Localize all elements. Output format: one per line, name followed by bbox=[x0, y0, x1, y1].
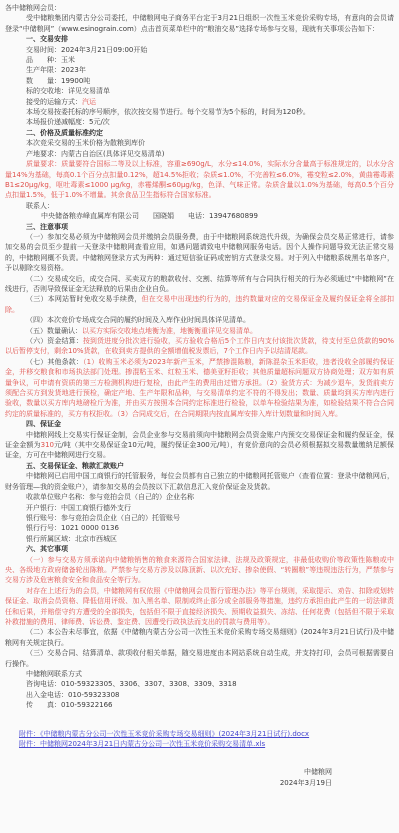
text-segment: 银行所属区域：北京市西城区 bbox=[26, 535, 117, 543]
paragraph: 品 种：玉米 bbox=[5, 55, 394, 65]
text-segment: 五、交易保证金、粮款汇款账户 bbox=[26, 462, 124, 470]
paragraph: 中储粮网联系方式 bbox=[5, 669, 394, 679]
text-segment: 银行账号：参与竞拍会员企业（自己的）托管账号 bbox=[26, 514, 180, 522]
paragraph: 数 量：19900吨 bbox=[5, 76, 394, 86]
paragraph: 质量要求：质量要符合国标二等及以上标准，容重≥690g/L，水分≤14.0%，实… bbox=[5, 159, 394, 201]
paragraph: （一）参与交易方须承诺向中储粮销售的粮食来源符合国家法律、法规及政策规定，非最低… bbox=[5, 555, 394, 586]
text-segment: 数 量：19900吨 bbox=[26, 77, 90, 85]
attachments: 附件：《中储粮内蒙古分公司一次性玉米竞价采购专场交易细则》(2024年3月21日… bbox=[5, 729, 394, 750]
paragraph: （二）交易成交后，成交合同、买卖双方的粮款收付、交割、结算等所有与合同执行相关的… bbox=[5, 274, 394, 295]
text-segment: 二、价格及质量标准约定 bbox=[26, 129, 103, 137]
paragraph: 产地要求：内蒙古自治区(具体详见交易清单) bbox=[5, 149, 394, 159]
text-segment: （一）参与交易方须承诺向中储粮销售的粮食来源符合国家法律、法规及政策规定，非最低… bbox=[5, 556, 394, 585]
text-segment: 各中储粮网会员： bbox=[5, 4, 61, 12]
text-segment: 收款单位账户名称：参与竞拍会员（自己的）企业名称 bbox=[26, 493, 194, 501]
text-segment: 以买方实际交收地点地衡为准，地衡衡重详见交易清单。 bbox=[82, 327, 257, 335]
paragraph: 银行账号：参与竞拍会员企业（自己的）托管账号 bbox=[5, 513, 394, 523]
paragraph: 本场交易按委托标的序号顺序，依次按交易节进行。每个交易节为5个标的，时间为120… bbox=[5, 107, 394, 117]
paragraph: （二）本公告未尽事宜，依据《中储粮内蒙古分公司一次性玉米竞价采购专场交易细则》(… bbox=[5, 627, 394, 648]
paragraph: 对存在上述行为的会员，中储粮网有权依照《中储粮网会员暂行管理办法》等平台规则，采… bbox=[5, 586, 394, 628]
text-segment: 接受的运输方式： bbox=[26, 98, 82, 106]
text-segment: 元/吨（其中交易保证金10元/吨，履约保证金300元/吨），有竞价意向的会员必须… bbox=[5, 441, 394, 459]
text-segment: （四）本次竞价专场成交合同的履约时间及入库作业时间具体详见清单。 bbox=[26, 316, 250, 324]
text-segment: 咨询电话：010-59323305、3306、3307、3308、3309、33… bbox=[26, 680, 237, 688]
announcement-document: 各中储粮网会员：受中储粮集团内蒙古分公司委托，中储粮网电子商务平台定于3月21日… bbox=[0, 0, 399, 788]
paragraph: 本次竞采交易的玉米价格为散粮到库价 bbox=[5, 138, 394, 148]
paragraph: 银行行号：1021 0000 0136 bbox=[5, 523, 394, 533]
attachment-row: 附件：中储粮网2024年3月21日内蒙古分公司一次性玉米竞价采购交易清单.xls bbox=[19, 739, 394, 749]
text-segment: 交易时间：2024年3月21日09:00开始 bbox=[26, 46, 147, 54]
text-segment: 标的交收地：详见交易清单 bbox=[26, 87, 110, 95]
paragraph: 银行所属区域：北京市西城区 bbox=[5, 534, 394, 544]
signature-org: 中储粮网 bbox=[5, 767, 332, 777]
text-segment: 品 种：玉米 bbox=[26, 56, 75, 64]
paragraph: 接受的运输方式：汽运 bbox=[5, 97, 394, 107]
text-segment: 六、其它事项 bbox=[26, 545, 68, 553]
paragraph: 传 真：010-59322166 bbox=[5, 700, 394, 710]
document-body: 各中储粮网会员：受中储粮集团内蒙古分公司委托，中储粮网电子商务平台定于3月21日… bbox=[5, 3, 394, 711]
section-heading: 六、其它事项 bbox=[5, 544, 394, 554]
text-segment: 受中储粮集团内蒙古分公司委托，中储粮网电子商务平台定于3月21日组织一次性玉米竞… bbox=[5, 14, 394, 32]
text-segment: 传 真：010-59322166 bbox=[26, 701, 113, 709]
signature-date: 2024年3月19日 bbox=[5, 778, 332, 788]
section-heading: 一、交易安排 bbox=[5, 34, 394, 44]
text-segment: 质量要求： bbox=[26, 160, 61, 168]
paragraph: 开户银行：中国工商银行德外支行 bbox=[5, 503, 394, 513]
paragraph: 中储粮网已启用中国工商银行的托管服务，每位会员都有自己独立的中储粮网托管账户（查… bbox=[5, 471, 394, 492]
paragraph: 本场报价递减幅度：5元/次 bbox=[5, 117, 394, 127]
text-segment: （1）收购玉米必须为2023年新产玉米，严禁掺混陈粮，新陈混杂玉米拒收，违者没收… bbox=[5, 358, 394, 418]
text-segment: （三）本网站暂时免收交易手续费， bbox=[26, 295, 142, 303]
text-segment: 银行行号：1021 0000 0136 bbox=[26, 524, 119, 532]
paragraph: 各中储粮网会员： bbox=[5, 3, 394, 13]
signature-block: 中储粮网 2024年3月19日 bbox=[5, 767, 394, 788]
attachment-link[interactable]: 附件：《中储粮内蒙古分公司一次性玉米竞价采购专场交易细则》(2024年3月21日… bbox=[19, 730, 309, 738]
paragraph: 中储粮网线上交易实行保证金制，会员企业参与交易前须向中储粮网会员资金账户内预交交… bbox=[5, 430, 394, 461]
section-heading: 五、交易保证金、粮款汇款账户 bbox=[5, 461, 394, 471]
text-segment: 质量要符合国标二等及以上标准，容重≥690g/L，水分≤14.0%，实际水分含量… bbox=[5, 160, 394, 199]
text-segment: 产地要求：内蒙古自治区(具体详见交易清单) bbox=[26, 150, 164, 158]
text-segment: （五）数量确认： bbox=[26, 327, 82, 335]
paragraph: （三）本网站暂时免收交易手续费，但在交易中出现违约行为的，违约数量对应的交易保证… bbox=[5, 294, 394, 315]
text-segment: 汽运 bbox=[82, 98, 96, 106]
paragraph: 标的交收地：详见交易清单 bbox=[5, 86, 394, 96]
paragraph: （四）本次竞价专场成交合同的履约时间及入库作业时间具体详见清单。 bbox=[5, 315, 394, 325]
text-segment: （六）资金结算： bbox=[26, 337, 83, 345]
text-segment: （七）其他条款： bbox=[26, 358, 83, 366]
section-heading: 二、价格及质量标准约定 bbox=[5, 128, 394, 138]
paragraph: （六）资金结算：按到货进度分批次进行验收，买方验收合格后5个工作日内支付该批次货… bbox=[5, 336, 394, 357]
text-segment: （一）参加交易必须为中储粮网会员并缴纳会员服务费，由于中储粮网系统迭代升级，为确… bbox=[5, 233, 394, 272]
text-segment: 出入金电话：010-59323308 bbox=[26, 691, 120, 699]
paragraph: 交易时间：2024年3月21日09:00开始 bbox=[5, 45, 394, 55]
paragraph: （三）交易合同、结算清单、款项收付相关单据，随交易进度由本网站系统自动生成，并支… bbox=[5, 648, 394, 669]
text-segment: （三）交易合同、结算清单、款项收付相关单据，随交易进度由本网站系统自动生成，并支… bbox=[5, 649, 394, 667]
text-segment: 中储粮网已启用中国工商银行的托管服务，每位会员都有自己独立的中储粮网托管账户（查… bbox=[5, 472, 394, 490]
text-segment: 开户银行：中国工商银行德外支行 bbox=[26, 504, 131, 512]
section-heading: 三、注意事项 bbox=[5, 222, 394, 232]
text-segment: 本次竞采交易的玉米价格为散粮到库价 bbox=[26, 139, 145, 147]
text-segment: 一、交易安排 bbox=[26, 35, 68, 43]
paragraph: 受中储粮集团内蒙古分公司委托，中储粮网电子商务平台定于3月21日组织一次性玉米竞… bbox=[5, 13, 394, 34]
attachment-link[interactable]: 附件：中储粮网2024年3月21日内蒙古分公司一次性玉米竞价采购交易清单.xls bbox=[19, 740, 265, 748]
paragraph: （一）参加交易必须为中储粮网会员并缴纳会员服务费，由于中储粮网系统迭代升级，为确… bbox=[5, 232, 394, 274]
paragraph: 咨询电话：010-59323305、3306、3307、3308、3309、33… bbox=[5, 679, 394, 689]
text-segment: （二）本公告未尽事宜，依据《中储粮内蒙古分公司一次性玉米竞价采购专场交易细则》(… bbox=[5, 628, 394, 646]
text-segment: 本场报价递减幅度：5元/次 bbox=[26, 118, 110, 126]
text-segment: 三、注意事项 bbox=[26, 223, 68, 231]
paragraph: （五）数量确认：以买方实际交收地点地衡为准，地衡衡重详见交易清单。 bbox=[5, 326, 394, 336]
paragraph: 联系人： bbox=[5, 201, 394, 211]
paragraph: 出入金电话：010-59323308 bbox=[5, 690, 394, 700]
text-segment: 生产年限：2023年 bbox=[26, 66, 86, 74]
section-heading: 四、保证金 bbox=[5, 419, 394, 429]
text-segment: 本场交易按委托标的序号顺序，依次按交易节进行。每个交易节为5个标的，时间为120… bbox=[26, 108, 310, 116]
text-segment: 联系人： bbox=[26, 202, 54, 210]
paragraph: 生产年限：2023年 bbox=[5, 65, 394, 75]
text-segment: 中央储备粮赤峰直属库有限公司 国晓娟 电话：13947680899 bbox=[41, 212, 258, 220]
attachment-row: 附件：《中储粮内蒙古分公司一次性玉米竞价采购专场交易细则》(2024年3月21日… bbox=[19, 729, 394, 739]
text-segment: 对存在上述行为的会员，中储粮网有权依照《中储粮网会员暂行管理办法》等平台规则，采… bbox=[5, 587, 394, 626]
text-segment: 中储粮网联系方式 bbox=[26, 670, 82, 678]
text-segment: 四、保证金 bbox=[26, 420, 61, 428]
paragraph: （七）其他条款：（1）收购玉米必须为2023年新产玉米，严禁掺混陈粮，新陈混杂玉… bbox=[5, 357, 394, 419]
paragraph: 中央储备粮赤峰直属库有限公司 国晓娟 电话：13947680899 bbox=[5, 211, 394, 221]
text-segment: （二）交易成交后，成交合同、买卖双方的粮款收付、交割、结算等所有与合同执行相关的… bbox=[5, 275, 394, 293]
text-segment: 310 bbox=[41, 441, 54, 449]
paragraph: 收款单位账户名称：参与竞拍会员（自己的）企业名称 bbox=[5, 492, 394, 502]
